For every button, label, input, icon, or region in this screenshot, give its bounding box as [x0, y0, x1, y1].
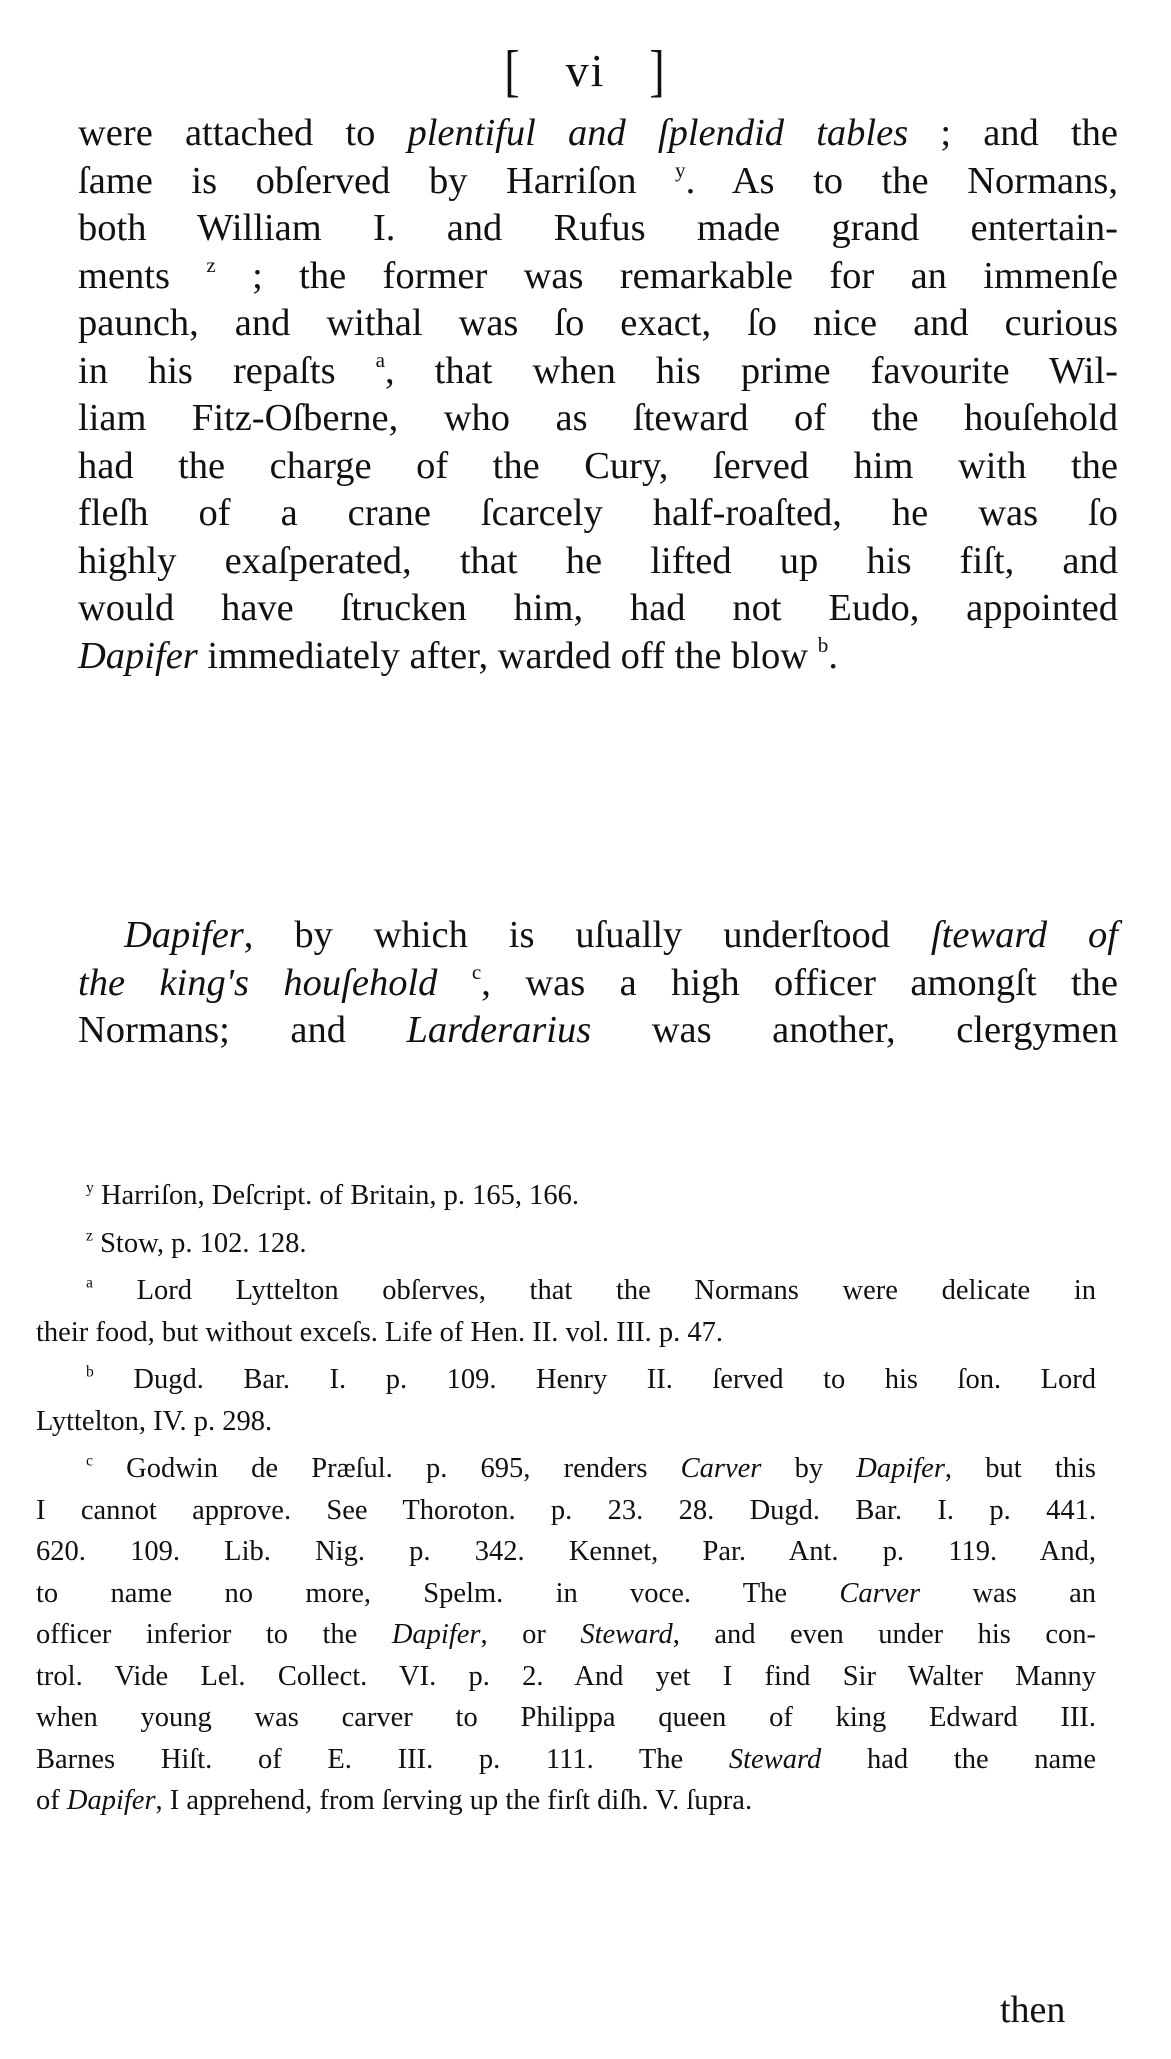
- text-run: 620. 109. Lib. Nig. p. 342. Kennet, Par.…: [36, 1536, 1096, 1567]
- footnote-a: a Lord Lyttelton obſerves, that the Norm…: [36, 1270, 1096, 1312]
- text-run: , by which is uſually underſtood: [244, 914, 931, 956]
- italic-run: ſteward of: [931, 914, 1118, 956]
- text-run: , that when his prime favourite Wil-: [385, 350, 1118, 392]
- footnote-line: to name no more, Spelm. in voce. The Car…: [36, 1573, 1096, 1615]
- footnote-mark: b: [86, 1363, 94, 1380]
- footnote-ref: y: [675, 158, 686, 182]
- text-line: Dapifer, by which is uſually underſtood …: [78, 912, 1118, 960]
- text-run: Lord Lyttelton obſerves, that the Norman…: [137, 1275, 1096, 1306]
- footnote-line: 620. 109. Lib. Nig. p. 342. Kennet, Par.…: [36, 1531, 1096, 1573]
- italic-run: Dapifer: [78, 635, 198, 677]
- italic-run: Dapifer: [392, 1619, 481, 1650]
- footnote-z: z Stow, p. 102. 128.: [36, 1223, 1096, 1265]
- italic-run: plentiful and ſplendid tables: [407, 112, 908, 154]
- text-run: when young was carver to Philippa queen …: [36, 1702, 1096, 1733]
- text-line: ments z ; the former was remarkable for …: [78, 253, 1118, 301]
- text-run: Dugd. Bar. I. p. 109. Henry II. ſerved t…: [133, 1364, 1096, 1395]
- italic-run: Dapifer: [124, 914, 244, 956]
- italic-run: Steward: [729, 1744, 821, 1775]
- text-run: Lyttelton, IV. p. 298.: [36, 1406, 272, 1437]
- text-run: ; and the: [908, 112, 1118, 154]
- text-run: ; the former was remarkable for an immen…: [216, 255, 1118, 297]
- text-run: highly exaſperated, that he lifted up hi…: [78, 540, 1118, 582]
- text-run: I cannot approve. See Thoroton. p. 23. 2…: [36, 1495, 1096, 1526]
- text-run: were attached to: [78, 112, 407, 154]
- footnote-ref: b: [818, 633, 829, 657]
- page-number: vi: [566, 45, 606, 96]
- text-line: both William I. and Rufus made grand ent…: [78, 205, 1118, 253]
- text-run: trol. Vide Lel. Collect. VI. p. 2. And y…: [36, 1661, 1096, 1692]
- text-line: highly exaſperated, that he lifted up hi…: [78, 538, 1118, 586]
- text-run: of: [36, 1785, 67, 1816]
- text-run: liam Fitz-Oſberne, who as ſteward of the…: [78, 397, 1118, 439]
- footnote-line: I cannot approve. See Thoroton. p. 23. 2…: [36, 1490, 1096, 1532]
- text-run: , and even under his con-: [673, 1619, 1096, 1650]
- text-run: was another, clergymen: [591, 1009, 1118, 1051]
- italic-run: the king's houſehold: [78, 962, 437, 1004]
- catchword: then: [1000, 1988, 1065, 2032]
- text-run: , was a high officer amongſt the: [481, 962, 1118, 1004]
- footnote-mark: a: [86, 1274, 93, 1291]
- text-line: liam Fitz-Oſberne, who as ſteward of the…: [78, 395, 1118, 443]
- footnote-ref: z: [206, 253, 215, 277]
- text-run: their food, but without exceſs. Life of …: [36, 1317, 723, 1348]
- text-line: were attached to plentiful and ſplendid …: [78, 110, 1118, 158]
- italic-run: Dapifer: [856, 1453, 945, 1484]
- text-line: the king's houſehold c, was a high offic…: [78, 960, 1118, 1008]
- footnote-line: when young was carver to Philippa queen …: [36, 1697, 1096, 1739]
- footnote-line: of Dapifer, I apprehend, from ſerving up…: [36, 1780, 1096, 1822]
- text-line: paunch, and withal was ſo exact, ſo nice…: [78, 300, 1118, 348]
- text-run: , I apprehend, from ſerving up the firſt…: [156, 1785, 753, 1816]
- text-run: Normans; and: [78, 1009, 407, 1051]
- text-run: .: [828, 635, 838, 677]
- text-run: . As to the Normans,: [686, 160, 1118, 202]
- text-line: Dapifer immediately after, warded off th…: [78, 633, 1118, 681]
- text-run: Barnes Hiſt. of E. III. p. 111. The: [36, 1744, 729, 1775]
- right-bracket: ]: [649, 37, 666, 103]
- text-run: paunch, and withal was ſo exact, ſo nice…: [78, 302, 1118, 344]
- text-run: in his repaſts: [78, 350, 376, 392]
- footnote-mark: z: [86, 1227, 93, 1244]
- text-run: , or: [480, 1619, 580, 1650]
- text-run: Harriſon, Deſcript. of Britain, p. 165, …: [101, 1180, 579, 1211]
- text-line: Normans; and Larderarius was another, cl…: [78, 1007, 1118, 1055]
- italic-run: Larderarius: [407, 1009, 592, 1051]
- footnote-line: their food, but without exceſs. Life of …: [36, 1312, 1096, 1354]
- italic-run: Carver: [839, 1578, 920, 1609]
- text-run: had the name: [821, 1744, 1096, 1775]
- text-run: had the charge of the Cury, ſerved him w…: [78, 445, 1118, 487]
- footnote-ref: c: [472, 960, 481, 984]
- footnote-line: Lyttelton, IV. p. 298.: [36, 1401, 1096, 1443]
- italic-run: Dapifer: [67, 1785, 156, 1816]
- text-run: immediately after, warded off the blow: [198, 635, 818, 677]
- text-run: [437, 962, 471, 1004]
- footnote-b: b Dugd. Bar. I. p. 109. Henry II. ſerved…: [36, 1359, 1096, 1401]
- footnote-y: y Harriſon, Deſcript. of Britain, p. 165…: [36, 1175, 1096, 1217]
- footnote-c: c Godwin de Præſul. p. 695, renders Carv…: [36, 1448, 1096, 1490]
- text-line: had the charge of the Cury, ſerved him w…: [78, 443, 1118, 491]
- text-run: both William I. and Rufus made grand ent…: [78, 207, 1118, 249]
- text-line: in his repaſts a, that when his prime fa…: [78, 348, 1118, 396]
- text-run: was an: [920, 1578, 1096, 1609]
- text-run: officer inferior to the: [36, 1619, 392, 1650]
- footnote-line: trol. Vide Lel. Collect. VI. p. 2. And y…: [36, 1656, 1096, 1698]
- text-run: ſame is obſerved by Harriſon: [78, 160, 675, 202]
- left-bracket: [: [504, 37, 521, 103]
- text-line: ſame is obſerved by Harriſon y. As to th…: [78, 158, 1118, 206]
- text-run: , but this: [945, 1453, 1096, 1484]
- text-run: ments: [78, 255, 206, 297]
- footnotes: y Harriſon, Deſcript. of Britain, p. 165…: [36, 1175, 1096, 1822]
- text-run: Godwin de Præſul. p. 695, renders: [126, 1453, 681, 1484]
- text-run: by: [761, 1453, 856, 1484]
- text-run: to name no more, Spelm. in voce. The: [36, 1578, 839, 1609]
- text-line: fleſh of a crane ſcarcely half-roaſted, …: [78, 490, 1118, 538]
- text-run: fleſh of a crane ſcarcely half-roaſted, …: [78, 492, 1118, 534]
- footnote-ref: a: [376, 348, 385, 372]
- footnote-mark: y: [86, 1179, 94, 1196]
- footnote-line: Barnes Hiſt. of E. III. p. 111. The Stew…: [36, 1739, 1096, 1781]
- footnote-line: officer inferior to the Dapifer, or Stew…: [36, 1614, 1096, 1656]
- text-run: would have ſtrucken him, had not Eudo, a…: [78, 587, 1118, 629]
- text-run: Stow, p. 102. 128.: [100, 1228, 306, 1259]
- footnote-mark: c: [86, 1452, 93, 1469]
- paragraph-1: were attached to plentiful and ſplendid …: [78, 110, 1118, 680]
- italic-run: Carver: [681, 1453, 762, 1484]
- text-line: would have ſtrucken him, had not Eudo, a…: [78, 585, 1118, 633]
- italic-run: Steward: [580, 1619, 672, 1650]
- paragraph-2: Dapifer, by which is uſually underſtood …: [78, 912, 1118, 1055]
- page-header: [vi]: [0, 44, 1171, 97]
